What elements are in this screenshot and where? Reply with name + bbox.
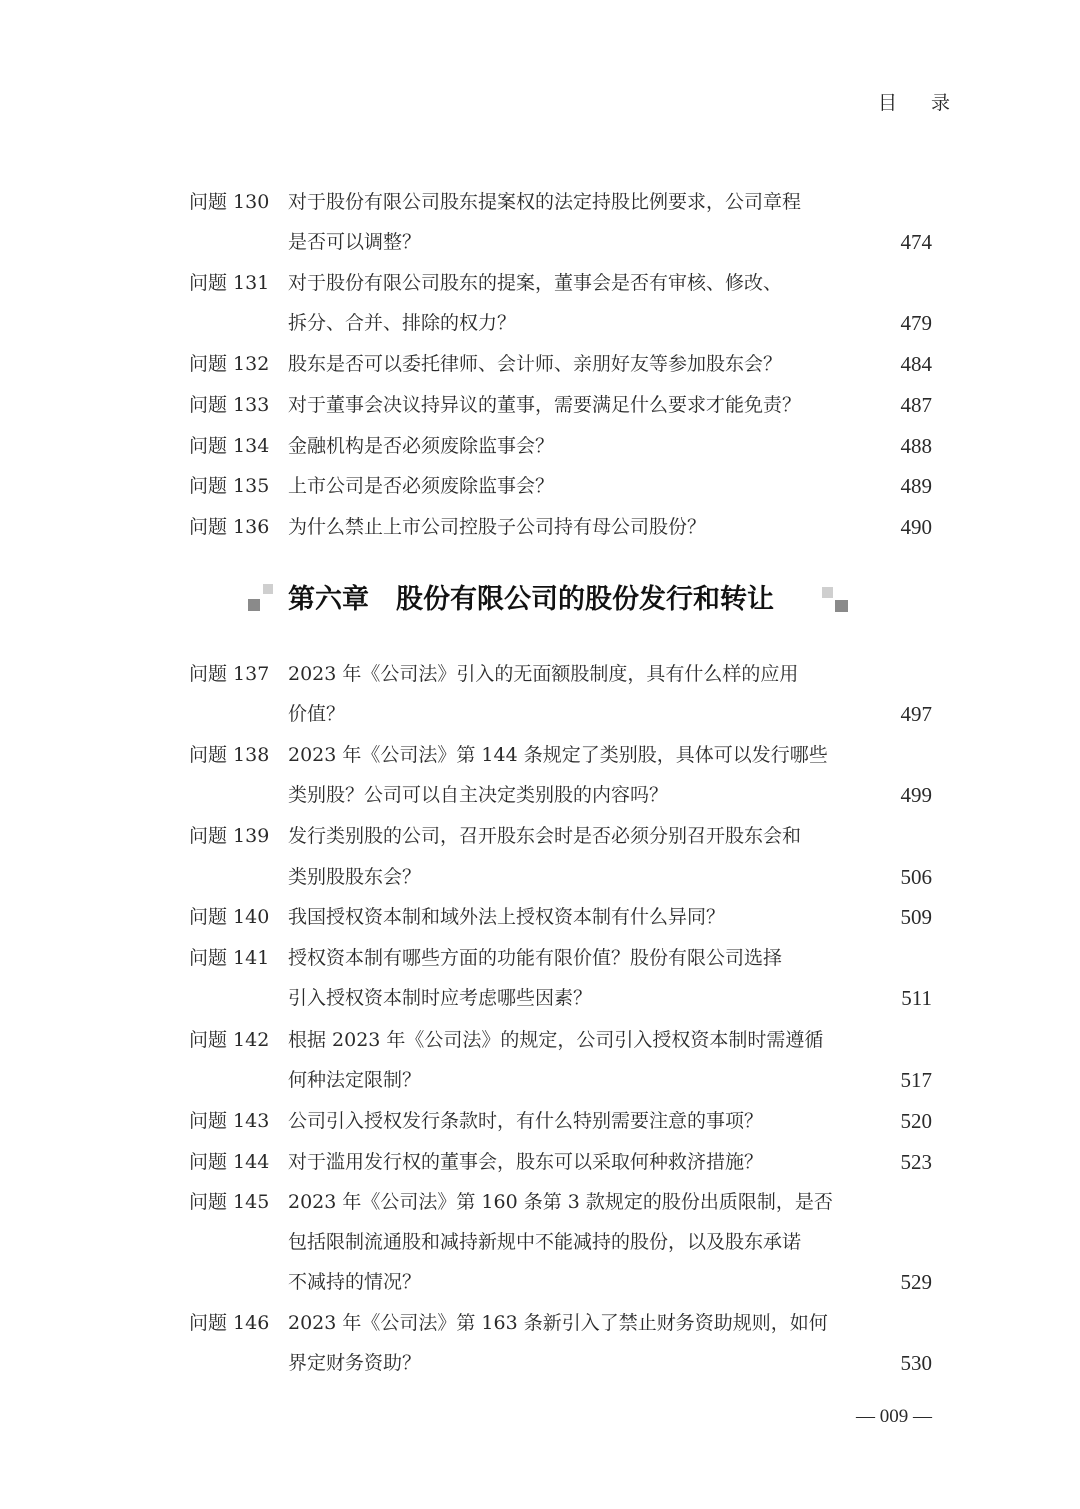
footer-page-number: — 009 — xyxy=(856,1406,932,1428)
question-label: 问题 145 xyxy=(189,1187,269,1217)
toc-entry-143[interactable]: 问题 143 公司引入授权发行条款时，有什么特别需要注意的事项？ 520 xyxy=(0,1106,1080,1136)
toc-entry-138-cont[interactable]: 类别股？公司可以自主决定类别股的内容吗？ 499 xyxy=(0,780,1080,810)
question-label: 问题 137 xyxy=(189,659,269,689)
question-text: 股东是否可以委托律师、会计师、亲朋好友等参加股东会？ xyxy=(288,349,782,379)
question-text: 为什么禁止上市公司控股子公司持有母公司股份？ xyxy=(288,512,706,542)
question-text: 引入授权资本制时应考虑哪些因素？ xyxy=(288,983,592,1013)
question-text: 对于滥用发行权的董事会，股东可以采取何种救济措施？ xyxy=(288,1147,763,1177)
question-text: 对于股份有限公司股东的提案，董事会是否有审核、修改、 xyxy=(288,268,782,298)
question-text: 类别股？公司可以自主决定类别股的内容吗？ xyxy=(288,780,668,810)
page-number: 520 xyxy=(901,1106,933,1136)
toc-entry-131-cont[interactable]: 拆分、合并、排除的权力？ 479 xyxy=(0,308,1080,338)
chapter-heading[interactable]: 第六章 股份有限公司的股份发行和转让 xyxy=(248,580,848,620)
toc-entry-131[interactable]: 问题 131 对于股份有限公司股东的提案，董事会是否有审核、修改、 xyxy=(0,268,1080,298)
question-label: 问题 138 xyxy=(189,740,269,770)
page-number: 488 xyxy=(901,431,933,461)
page-number: 490 xyxy=(901,512,933,542)
page-number: 530 xyxy=(901,1348,933,1378)
toc-entry-133[interactable]: 问题 133 对于董事会决议持异议的董事，需要满足什么要求才能免责？ 487 xyxy=(0,390,1080,420)
toc-entry-138[interactable]: 问题 138 2023 年《公司法》第 144 条规定了类别股，具体可以发行哪些 xyxy=(0,740,1080,770)
toc-entry-132[interactable]: 问题 132 股东是否可以委托律师、会计师、亲朋好友等参加股东会？ 484 xyxy=(0,349,1080,379)
question-text: 我国授权资本制和域外法上授权资本制有什么异同？ xyxy=(288,902,725,932)
question-text: 拆分、合并、排除的权力？ xyxy=(288,308,516,338)
page-number: 509 xyxy=(901,902,933,932)
question-label: 问题 142 xyxy=(189,1025,269,1055)
question-text: 包括限制流通股和减持新规中不能减持的股份，以及股东承诺 xyxy=(288,1227,801,1257)
page-number: 523 xyxy=(901,1147,933,1177)
question-label: 问题 131 xyxy=(189,268,269,298)
toc-entry-142-cont[interactable]: 何种法定限制？ 517 xyxy=(0,1065,1080,1095)
question-text: 上市公司是否必须废除监事会？ xyxy=(288,471,554,501)
toc-entry-141[interactable]: 问题 141 授权资本制有哪些方面的功能有限价值？股份有限公司选择 xyxy=(0,943,1080,973)
toc-entry-134[interactable]: 问题 134 金融机构是否必须废除监事会？ 488 xyxy=(0,431,1080,461)
question-text: 2023 年《公司法》第 144 条规定了类别股，具体可以发行哪些 xyxy=(288,740,828,770)
toc-entry-135[interactable]: 问题 135 上市公司是否必须废除监事会？ 489 xyxy=(0,471,1080,501)
question-label: 问题 133 xyxy=(189,390,269,420)
page-number: 529 xyxy=(901,1267,933,1297)
question-text: 金融机构是否必须废除监事会？ xyxy=(288,431,554,461)
toc-entry-137[interactable]: 问题 137 2023 年《公司法》引入的无面额股制度，具有什么样的应用 xyxy=(0,659,1080,689)
toc-entry-145-cont2[interactable]: 不减持的情况？ 529 xyxy=(0,1267,1080,1297)
question-label: 问题 132 xyxy=(189,349,269,379)
question-text: 类别股股东会？ xyxy=(288,862,421,892)
question-text: 对于董事会决议持异议的董事，需要满足什么要求才能免责？ xyxy=(288,390,801,420)
toc-entry-140[interactable]: 问题 140 我国授权资本制和域外法上授权资本制有什么异同？ 509 xyxy=(0,902,1080,932)
running-header-title: 目 录 xyxy=(878,88,964,115)
question-label: 问题 130 xyxy=(189,187,269,217)
toc-entry-146-cont[interactable]: 界定财务资助？ 530 xyxy=(0,1348,1080,1378)
question-label: 问题 146 xyxy=(189,1308,269,1338)
decorative-square-icon xyxy=(248,599,260,611)
question-text: 何种法定限制？ xyxy=(288,1065,421,1095)
toc-entry-130[interactable]: 问题 130 对于股份有限公司股东提案权的法定持股比例要求，公司章程 xyxy=(0,187,1080,217)
question-text: 是否可以调整？ xyxy=(288,227,421,257)
question-text: 授权资本制有哪些方面的功能有限价值？股份有限公司选择 xyxy=(288,943,782,973)
question-label: 问题 139 xyxy=(189,821,269,851)
question-text: 2023 年《公司法》引入的无面额股制度，具有什么样的应用 xyxy=(288,659,798,689)
page-number: 497 xyxy=(901,699,933,729)
question-text: 公司引入授权发行条款时，有什么特别需要注意的事项？ xyxy=(288,1106,763,1136)
toc-entry-145-cont[interactable]: 包括限制流通股和减持新规中不能减持的股份，以及股东承诺 xyxy=(0,1227,1080,1257)
page-number: 517 xyxy=(901,1065,933,1095)
page-number: 487 xyxy=(901,390,933,420)
toc-entry-144[interactable]: 问题 144 对于滥用发行权的董事会，股东可以采取何种救济措施？ 523 xyxy=(0,1147,1080,1177)
decorative-square-icon xyxy=(263,584,273,594)
toc-entry-137-cont[interactable]: 价值？ 497 xyxy=(0,699,1080,729)
toc-entry-141-cont[interactable]: 引入授权资本制时应考虑哪些因素？ 511 xyxy=(0,983,1080,1013)
page-number: 484 xyxy=(901,349,933,379)
question-label: 问题 135 xyxy=(189,471,269,501)
decorative-square-icon xyxy=(822,587,833,598)
question-text: 发行类别股的公司，召开股东会时是否必须分别召开股东会和 xyxy=(288,821,801,851)
page-number: 511 xyxy=(901,983,932,1013)
question-label: 问题 136 xyxy=(189,512,269,542)
toc-entry-139[interactable]: 问题 139 发行类别股的公司，召开股东会时是否必须分别召开股东会和 xyxy=(0,821,1080,851)
question-text: 根据 2023 年《公司法》的规定，公司引入授权资本制时需遵循 xyxy=(288,1025,823,1055)
question-text: 价值？ xyxy=(288,699,345,729)
toc-entry-130-cont[interactable]: 是否可以调整？ 474 xyxy=(0,227,1080,257)
question-text: 不减持的情况？ xyxy=(288,1267,421,1297)
page-number: 474 xyxy=(901,227,933,257)
question-label: 问题 143 xyxy=(189,1106,269,1136)
toc-entry-139-cont[interactable]: 类别股股东会？ 506 xyxy=(0,862,1080,892)
toc-entry-146[interactable]: 问题 146 2023 年《公司法》第 163 条新引入了禁止财务资助规则，如何 xyxy=(0,1308,1080,1338)
toc-entry-142[interactable]: 问题 142 根据 2023 年《公司法》的规定，公司引入授权资本制时需遵循 xyxy=(0,1025,1080,1055)
question-label: 问题 144 xyxy=(189,1147,269,1177)
chapter-title: 第六章 股份有限公司的股份发行和转让 xyxy=(288,580,774,620)
toc-entry-145[interactable]: 问题 145 2023 年《公司法》第 160 条第 3 款规定的股份出质限制，… xyxy=(0,1187,1080,1217)
page-number: 489 xyxy=(901,471,933,501)
toc-entry-136[interactable]: 问题 136 为什么禁止上市公司控股子公司持有母公司股份？ 490 xyxy=(0,512,1080,542)
question-text: 2023 年《公司法》第 160 条第 3 款规定的股份出质限制，是否 xyxy=(288,1187,833,1217)
page-number: 506 xyxy=(901,862,933,892)
question-label: 问题 141 xyxy=(189,943,269,973)
question-label: 问题 134 xyxy=(189,431,269,461)
question-text: 界定财务资助？ xyxy=(288,1348,421,1378)
page-number: 479 xyxy=(901,308,933,338)
question-text: 2023 年《公司法》第 163 条新引入了禁止财务资助规则，如何 xyxy=(288,1308,828,1338)
question-text: 对于股份有限公司股东提案权的法定持股比例要求，公司章程 xyxy=(288,187,801,217)
decorative-square-icon xyxy=(835,600,848,612)
question-label: 问题 140 xyxy=(189,902,269,932)
page-number: 499 xyxy=(901,780,933,810)
